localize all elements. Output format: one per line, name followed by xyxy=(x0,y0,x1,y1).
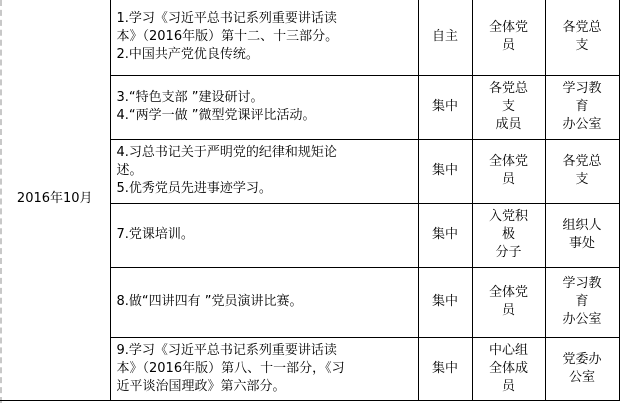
content-line: 述。 xyxy=(117,162,414,180)
table-row: 2016年10月 1.学习《习近平总书记系列重要讲话读 本》（2016年版）第十… xyxy=(0,0,619,75)
participants-line: 员 xyxy=(477,378,541,396)
participants-line: 员 xyxy=(477,171,541,189)
participants-cell: 全体党 员 xyxy=(472,0,545,75)
form-text: 集中 xyxy=(432,294,458,309)
participants-line: 极 xyxy=(477,226,541,244)
content-line: 本》（2016年版）第十二、十三部分。 xyxy=(117,28,414,46)
form-cell: 集中 xyxy=(418,75,472,139)
content-cell: 8.做“四讲四有 ”党员演讲比赛。 xyxy=(110,267,418,337)
content-cell: 1.学习《习近平总书记系列重要讲话读 本》（2016年版）第十二、十三部分。 2… xyxy=(110,0,418,75)
date-text: 2016年10月 xyxy=(17,191,93,206)
participants-cell: 入党积 极 分子 xyxy=(472,203,545,267)
participants-line: 分子 xyxy=(477,244,541,262)
participants-line: 全体党 xyxy=(477,153,541,171)
organizer-line: 办公室 xyxy=(550,311,615,329)
content-line: 1.学习《习近平总书记系列重要讲话读 xyxy=(117,10,414,28)
participants-line: 全体成 xyxy=(477,360,541,378)
organizer-cell: 学习教 育 办公室 xyxy=(545,75,619,139)
participants-line: 员 xyxy=(477,302,541,320)
content-cell: 3.“特色支部 ”建设研讨。 4.“两学一做 ”微型党课评比活动。 xyxy=(110,75,418,139)
organizer-line: 各党总 xyxy=(550,19,615,37)
organizer-cell: 各党总 支 xyxy=(545,139,619,203)
content-line: 8.做“四讲四有 ”党员演讲比赛。 xyxy=(117,293,414,311)
organizer-line: 组织人 xyxy=(550,217,615,235)
participants-line: 入党积 xyxy=(477,208,541,226)
organizer-cell: 组织人 事处 xyxy=(545,203,619,267)
content-line: 7.党课培训。 xyxy=(117,226,414,244)
participants-line: 成员 xyxy=(477,116,541,134)
organizer-line: 学习教 xyxy=(550,80,615,98)
content-line: 9.学习《习近平总书记系列重要讲话读 xyxy=(117,342,414,360)
participants-line: 支 xyxy=(477,98,541,116)
participants-line: 员 xyxy=(477,37,541,55)
content-line: 本》（2016年版）第八、十一部分，《习 xyxy=(117,360,414,378)
date-cell: 2016年10月 xyxy=(0,0,110,400)
content-line: 2.中国共产党优良传统。 xyxy=(117,46,414,64)
content-line: 4.“两学一做 ”微型党课评比活动。 xyxy=(117,107,414,125)
form-cell: 集中 xyxy=(418,203,472,267)
organizer-line: 事处 xyxy=(550,235,615,253)
content-line: 3.“特色支部 ”建设研讨。 xyxy=(117,89,414,107)
organizer-cell: 党委办 公室 xyxy=(545,337,619,400)
content-line: 4.习总书记关于严明党的纪律和规矩论 xyxy=(117,144,414,162)
organizer-line: 育 xyxy=(550,98,615,116)
organizer-line: 支 xyxy=(550,171,615,189)
participants-cell: 各党总 支 成员 xyxy=(472,75,545,139)
participants-cell: 全体党 员 xyxy=(472,139,545,203)
form-cell: 自主 xyxy=(418,0,472,75)
form-text: 集中 xyxy=(432,361,458,376)
content-cell: 7.党课培训。 xyxy=(110,203,418,267)
organizer-line: 育 xyxy=(550,293,615,311)
participants-line: 全体党 xyxy=(477,19,541,37)
study-schedule-table: 2016年10月 1.学习《习近平总书记系列重要讲话读 本》（2016年版）第十… xyxy=(0,0,620,401)
form-cell: 集中 xyxy=(418,267,472,337)
form-cell: 集中 xyxy=(418,337,472,400)
form-cell: 集中 xyxy=(418,139,472,203)
organizer-cell: 各党总 支 xyxy=(545,0,619,75)
participants-cell: 全体党 员 xyxy=(472,267,545,337)
organizer-line: 办公室 xyxy=(550,116,615,134)
form-text: 集中 xyxy=(432,163,458,178)
organizer-line: 支 xyxy=(550,37,615,55)
content-cell: 9.学习《习近平总书记系列重要讲话读 本》（2016年版）第八、十一部分，《习 … xyxy=(110,337,418,400)
form-text: 集中 xyxy=(432,227,458,242)
organizer-cell: 学习教 育 办公室 xyxy=(545,267,619,337)
organizer-line: 学习教 xyxy=(550,275,615,293)
content-cell: 4.习总书记关于严明党的纪律和规矩论 述。 5.优秀党员先进事迹学习。 xyxy=(110,139,418,203)
form-text: 自主 xyxy=(432,29,458,44)
participants-line: 各党总 xyxy=(477,80,541,98)
participants-line: 中心组 xyxy=(477,342,541,360)
organizer-line: 党委办 xyxy=(550,351,615,369)
participants-cell: 中心组 全体成 员 xyxy=(472,337,545,400)
content-line: 近平谈治国理政》第六部分。 xyxy=(117,378,414,396)
form-text: 集中 xyxy=(432,99,458,114)
participants-line: 全体党 xyxy=(477,284,541,302)
organizer-line: 公室 xyxy=(550,369,615,387)
content-line: 5.优秀党员先进事迹学习。 xyxy=(117,180,414,198)
organizer-line: 各党总 xyxy=(550,153,615,171)
